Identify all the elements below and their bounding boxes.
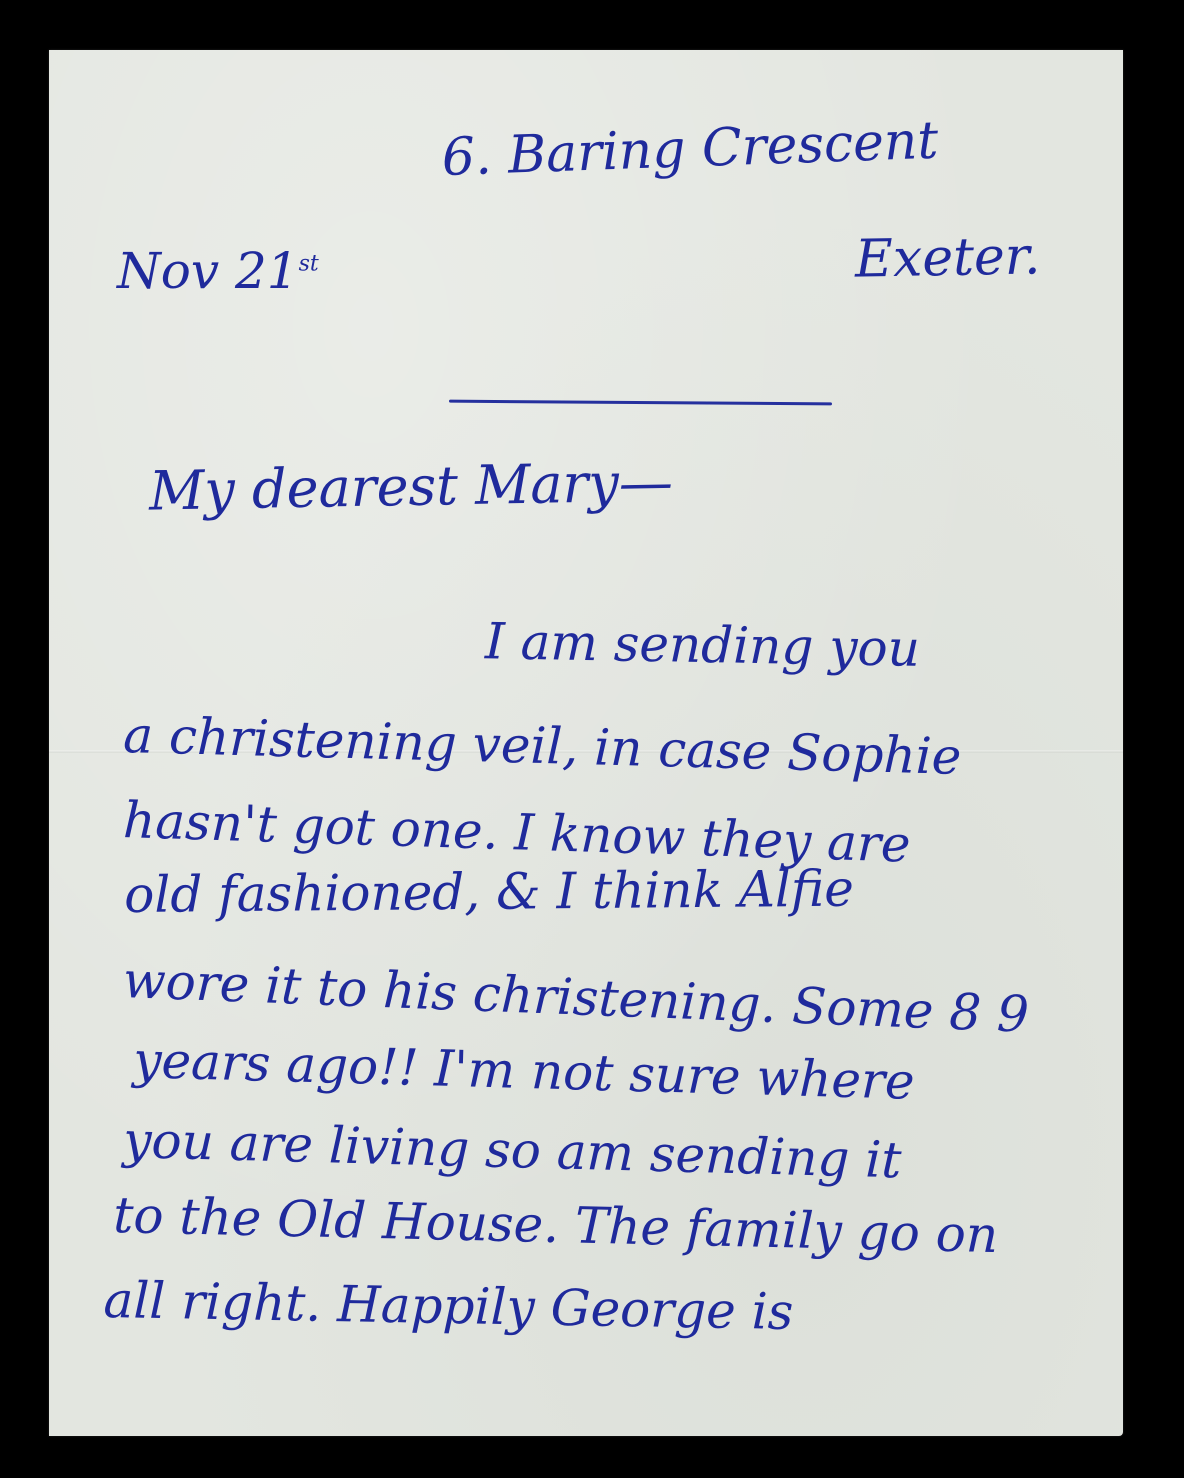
body-line: old fashioned, & I think Alfie xyxy=(124,864,854,920)
address-city: Exeter. xyxy=(855,230,1041,285)
body-line: wore it to his christening. Some 8 9 xyxy=(122,955,1030,1040)
document-page: 6. Baring Crescent Exeter. Nov 21st My d… xyxy=(0,0,1184,1478)
date-suffix: st xyxy=(299,251,319,276)
body-line: hasn't got one. I know they are xyxy=(122,795,911,870)
body-line: I am sending you xyxy=(485,616,921,674)
date-text: Nov 21 xyxy=(117,242,299,300)
body-line: years ago!! I'm not sure where xyxy=(133,1035,916,1107)
letter-date: Nov 21st xyxy=(117,246,319,296)
salutation: My dearest Mary— xyxy=(149,455,674,518)
handwritten-divider-line xyxy=(449,400,832,406)
body-line: to the Old House. The family go on xyxy=(113,1190,999,1260)
address-street: 6. Baring Crescent xyxy=(441,115,939,184)
letter-paper: 6. Baring Crescent Exeter. Nov 21st My d… xyxy=(49,50,1123,1436)
body-line: you are living so am sending it xyxy=(123,1115,902,1185)
body-line: a christening veil, in case Sophie xyxy=(123,710,962,782)
body-line: all right. Happily George is xyxy=(103,1275,794,1337)
